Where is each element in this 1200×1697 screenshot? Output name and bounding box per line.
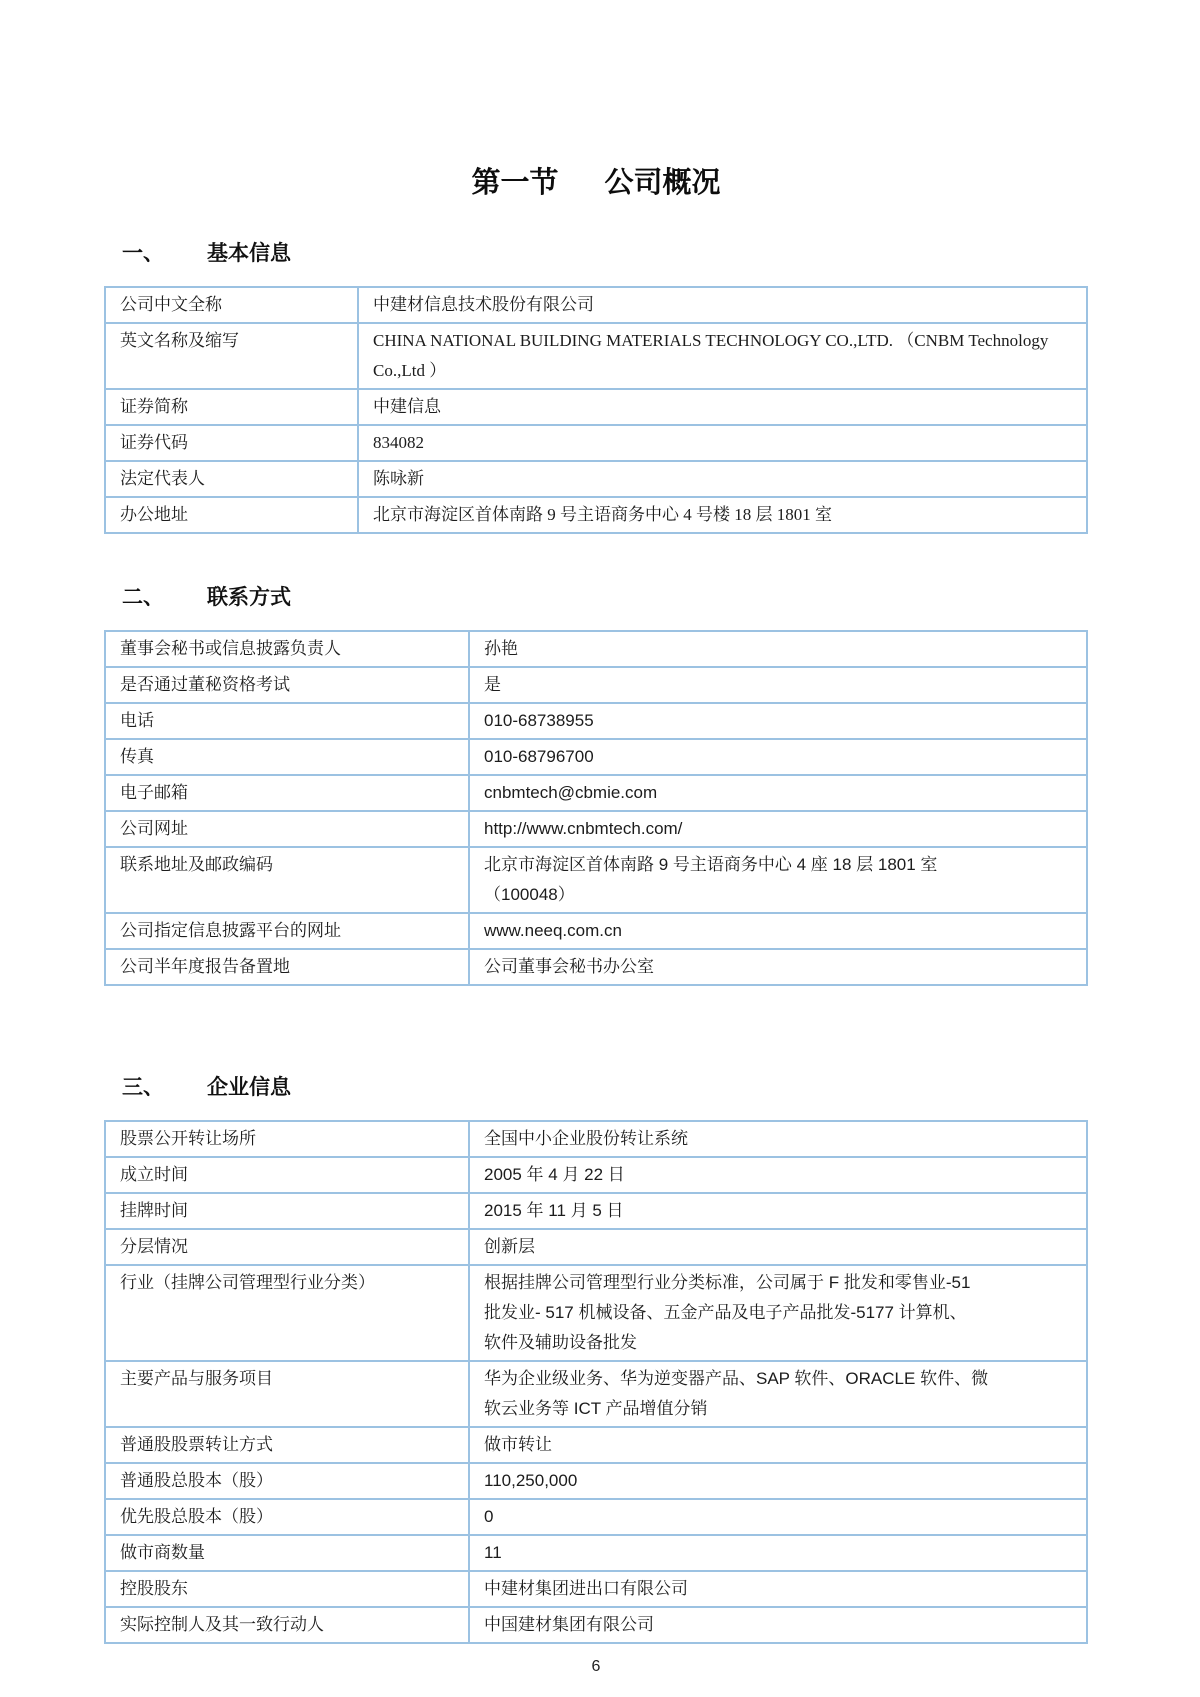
row-label: 优先股总股本（股）	[105, 1499, 469, 1535]
row-label: 控股股东	[105, 1571, 469, 1607]
section-heading: 一、基本信息	[104, 240, 1088, 266]
row-value: cnbmtech@cbmie.com	[469, 775, 1087, 811]
row-value: 陈咏新	[358, 461, 1087, 497]
row-value: 010-68796700	[469, 739, 1087, 775]
row-value: CHINA NATIONAL BUILDING MATERIALS TECHNO…	[358, 323, 1087, 389]
row-label: 证券代码	[105, 425, 358, 461]
table-row: 普通股股票转让方式做市转让	[105, 1427, 1087, 1463]
table-row: 证券简称中建信息	[105, 389, 1087, 425]
row-label: 联系地址及邮政编码	[105, 847, 469, 913]
row-value: 北京市海淀区首体南路 9 号主语商务中心 4 座 18 层 1801 室 （10…	[469, 847, 1087, 913]
table-row: 成立时间2005 年 4 月 22 日	[105, 1157, 1087, 1193]
row-value: 中建信息	[358, 389, 1087, 425]
table-row: 办公地址北京市海淀区首体南路 9 号主语商务中心 4 号楼 18 层 1801 …	[105, 497, 1087, 533]
row-value: 2005 年 4 月 22 日	[469, 1157, 1087, 1193]
row-value: 北京市海淀区首体南路 9 号主语商务中心 4 号楼 18 层 1801 室	[358, 497, 1087, 533]
section-title: 企业信息	[207, 1074, 291, 1100]
table-row: 公司网址http://www.cnbmtech.com/	[105, 811, 1087, 847]
table-row: 传真010-68796700	[105, 739, 1087, 775]
table-row: 公司指定信息披露平台的网址www.neeq.com.cn	[105, 913, 1087, 949]
section-title: 基本信息	[207, 240, 291, 266]
table-row: 主要产品与服务项目华为企业级业务、华为逆变器产品、SAP 软件、ORACLE 软…	[105, 1361, 1087, 1427]
row-value: 010-68738955	[469, 703, 1087, 739]
row-label: 公司半年度报告备置地	[105, 949, 469, 985]
section-number: 一、	[122, 240, 207, 266]
info-table: 董事会秘书或信息披露负责人孙艳是否通过董秘资格考试是电话010-68738955…	[104, 630, 1088, 986]
row-label: 行业（挂牌公司管理型行业分类）	[105, 1265, 469, 1361]
row-label: 公司网址	[105, 811, 469, 847]
table-row: 电子邮箱cnbmtech@cbmie.com	[105, 775, 1087, 811]
row-label: 成立时间	[105, 1157, 469, 1193]
table-row: 电话010-68738955	[105, 703, 1087, 739]
row-label: 挂牌时间	[105, 1193, 469, 1229]
info-table: 公司中文全称中建材信息技术股份有限公司英文名称及缩写CHINA NATIONAL…	[104, 286, 1088, 534]
row-label: 实际控制人及其一致行动人	[105, 1607, 469, 1643]
document-page: 第一节 公司概况 一、基本信息公司中文全称中建材信息技术股份有限公司英文名称及缩…	[0, 0, 1200, 1697]
row-value: 孙艳	[469, 631, 1087, 667]
page-title: 第一节 公司概况	[104, 166, 1088, 200]
section-number: 三、	[122, 1074, 207, 1100]
row-label: 分层情况	[105, 1229, 469, 1265]
row-value: 中建材信息技术股份有限公司	[358, 287, 1087, 323]
table-row: 法定代表人陈咏新	[105, 461, 1087, 497]
section: 二、联系方式董事会秘书或信息披露负责人孙艳是否通过董秘资格考试是电话010-68…	[104, 584, 1088, 986]
row-label: 电话	[105, 703, 469, 739]
section-heading: 三、企业信息	[104, 1074, 1088, 1100]
row-value: 创新层	[469, 1229, 1087, 1265]
row-value: 是	[469, 667, 1087, 703]
table-row: 英文名称及缩写CHINA NATIONAL BUILDING MATERIALS…	[105, 323, 1087, 389]
sections-container: 一、基本信息公司中文全称中建材信息技术股份有限公司英文名称及缩写CHINA NA…	[104, 240, 1088, 1644]
row-label: 是否通过董秘资格考试	[105, 667, 469, 703]
table-row: 证券代码834082	[105, 425, 1087, 461]
table-row: 行业（挂牌公司管理型行业分类）根据挂牌公司管理型行业分类标准，公司属于 F 批发…	[105, 1265, 1087, 1361]
table-row: 挂牌时间2015 年 11 月 5 日	[105, 1193, 1087, 1229]
row-label: 董事会秘书或信息披露负责人	[105, 631, 469, 667]
table-row: 普通股总股本（股）110,250,000	[105, 1463, 1087, 1499]
row-value: 中国建材集团有限公司	[469, 1607, 1087, 1643]
row-value: 11	[469, 1535, 1087, 1571]
row-label: 法定代表人	[105, 461, 358, 497]
table-row: 股票公开转让场所全国中小企业股份转让系统	[105, 1121, 1087, 1157]
table-row: 实际控制人及其一致行动人中国建材集团有限公司	[105, 1607, 1087, 1643]
table-row: 控股股东中建材集团进出口有限公司	[105, 1571, 1087, 1607]
section: 三、企业信息股票公开转让场所全国中小企业股份转让系统成立时间2005 年 4 月…	[104, 1074, 1088, 1644]
row-value: www.neeq.com.cn	[469, 913, 1087, 949]
row-label: 英文名称及缩写	[105, 323, 358, 389]
table-row: 优先股总股本（股）0	[105, 1499, 1087, 1535]
table-row: 是否通过董秘资格考试是	[105, 667, 1087, 703]
section-title: 联系方式	[207, 584, 291, 610]
row-value: http://www.cnbmtech.com/	[469, 811, 1087, 847]
row-label: 传真	[105, 739, 469, 775]
row-value: 中建材集团进出口有限公司	[469, 1571, 1087, 1607]
row-value: 全国中小企业股份转让系统	[469, 1121, 1087, 1157]
row-label: 证券简称	[105, 389, 358, 425]
row-label: 公司中文全称	[105, 287, 358, 323]
row-label: 普通股股票转让方式	[105, 1427, 469, 1463]
table-row: 分层情况创新层	[105, 1229, 1087, 1265]
row-label: 做市商数量	[105, 1535, 469, 1571]
row-label: 主要产品与服务项目	[105, 1361, 469, 1427]
chapter-title: 公司概况	[605, 166, 721, 200]
row-label: 电子邮箱	[105, 775, 469, 811]
section-heading: 二、联系方式	[104, 584, 1088, 610]
row-value: 公司董事会秘书办公室	[469, 949, 1087, 985]
table-row: 联系地址及邮政编码北京市海淀区首体南路 9 号主语商务中心 4 座 18 层 1…	[105, 847, 1087, 913]
row-value: 110,250,000	[469, 1463, 1087, 1499]
row-label: 普通股总股本（股）	[105, 1463, 469, 1499]
chapter-number: 第一节	[471, 166, 558, 200]
table-row: 董事会秘书或信息披露负责人孙艳	[105, 631, 1087, 667]
table-row: 公司半年度报告备置地公司董事会秘书办公室	[105, 949, 1087, 985]
table-row: 公司中文全称中建材信息技术股份有限公司	[105, 287, 1087, 323]
row-value: 834082	[358, 425, 1087, 461]
row-value: 2015 年 11 月 5 日	[469, 1193, 1087, 1229]
row-value: 根据挂牌公司管理型行业分类标准，公司属于 F 批发和零售业-51 批发业- 51…	[469, 1265, 1087, 1361]
section-number: 二、	[122, 584, 207, 610]
section: 一、基本信息公司中文全称中建材信息技术股份有限公司英文名称及缩写CHINA NA…	[104, 240, 1088, 534]
row-value: 0	[469, 1499, 1087, 1535]
table-row: 做市商数量11	[105, 1535, 1087, 1571]
row-value: 华为企业级业务、华为逆变器产品、SAP 软件、ORACLE 软件、微 软云业务等…	[469, 1361, 1087, 1427]
row-label: 公司指定信息披露平台的网址	[105, 913, 469, 949]
info-table: 股票公开转让场所全国中小企业股份转让系统成立时间2005 年 4 月 22 日挂…	[104, 1120, 1088, 1644]
row-label: 股票公开转让场所	[105, 1121, 469, 1157]
page-number: 6	[104, 1658, 1088, 1676]
row-value: 做市转让	[469, 1427, 1087, 1463]
row-label: 办公地址	[105, 497, 358, 533]
